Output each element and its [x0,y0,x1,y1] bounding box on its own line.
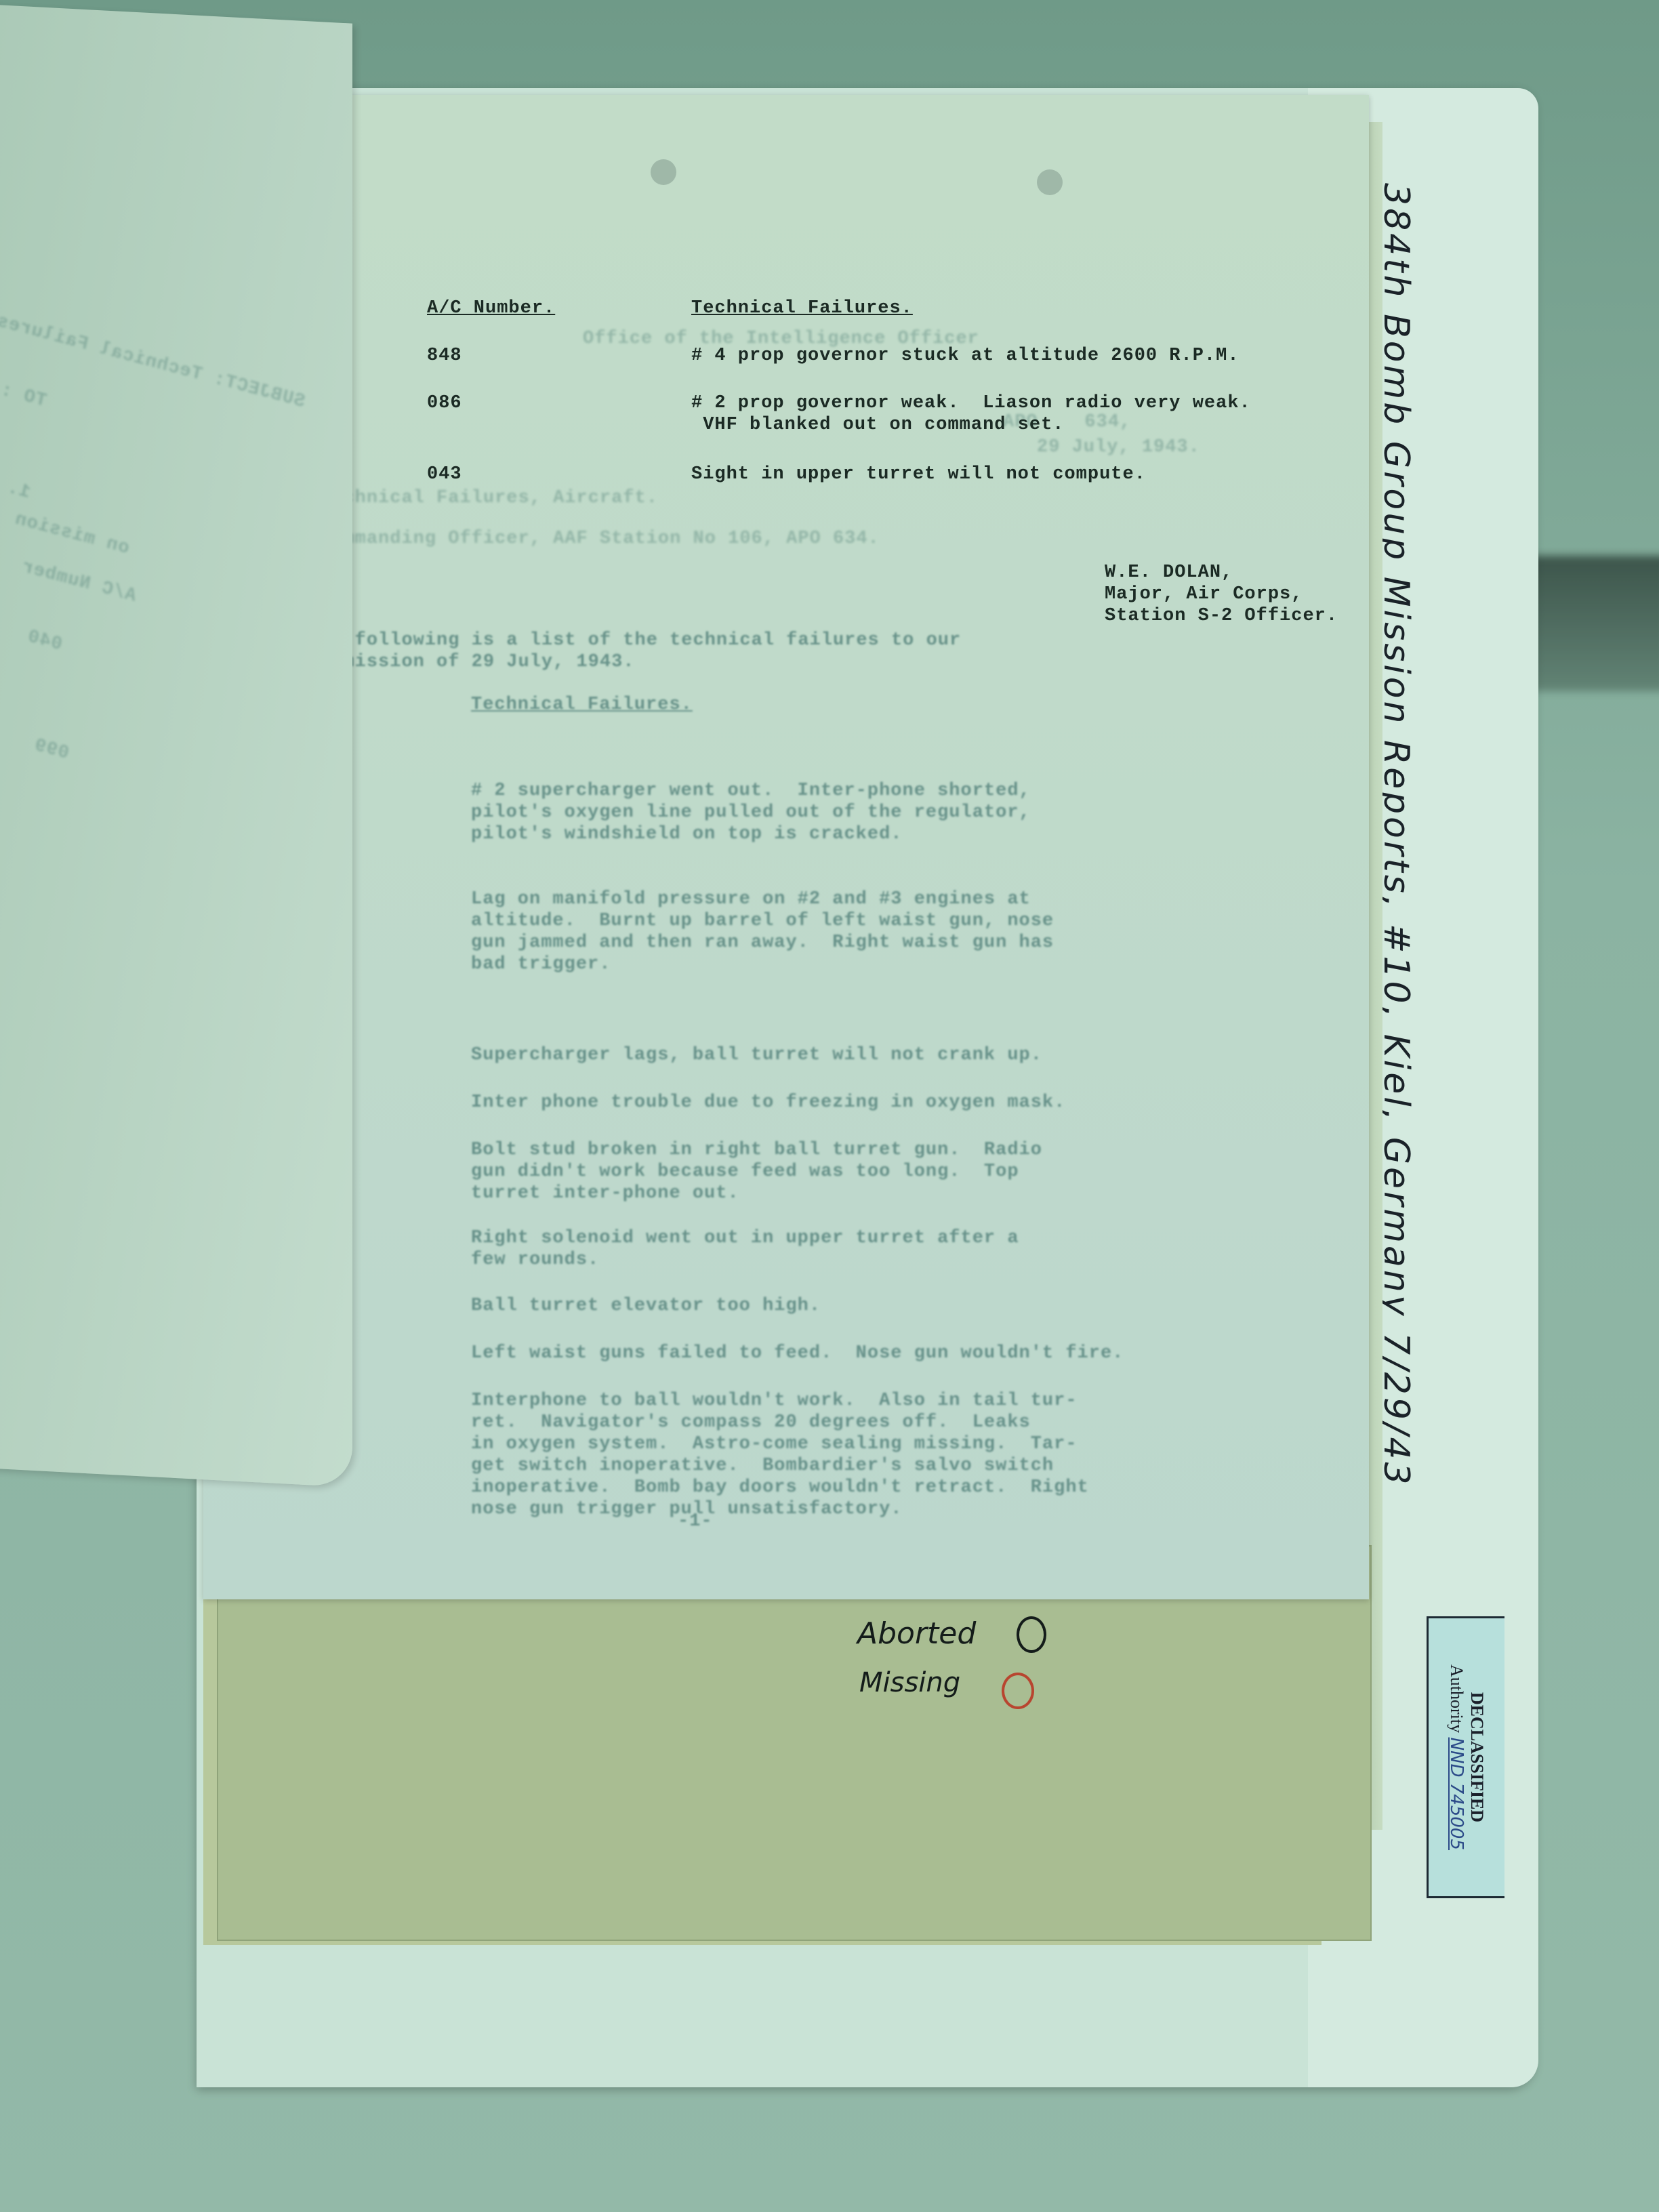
page-stack [217,1545,1372,1941]
failure-text: in oxygen system. Astro-come sealing mis… [471,1434,1078,1454]
aborted-count-circle [1017,1616,1046,1653]
failure-text: Right solenoid went out in upper turret … [471,1228,1019,1248]
failure-text: gun jammed and then ran away. Right wais… [471,933,1054,953]
failure-text: altitude. Burnt up barrel of left waist … [471,911,1054,931]
ghost-date: 29 July, 1943. [1037,437,1200,457]
failure-text: VHF blanked out on command set. [691,415,1064,435]
signature-name: W.E. DOLAN, [1105,562,1233,583]
authority-label: Authority [1447,1664,1467,1733]
stamp-authority: Authority NND 745005 [1446,1664,1467,1850]
previous-page-flipped: SUBJECT: Technical FailuresTO :1.on miss… [0,3,352,1487]
failure-text: Sight in upper turret will not compute. [691,464,1146,485]
failure-text: Ball turret elevator too high. [471,1296,821,1316]
failure-text: # 4 prop governor stuck at altitude 2600… [691,346,1240,366]
failure-text: gun didn't work because feed was too lon… [471,1162,1019,1182]
mirrored-text: on mission [13,509,131,559]
mirrored-text: 040 [25,627,64,655]
technical-failures-page: Office of the Intelligence Officer APO 6… [203,95,1369,1599]
ac-number: 043 [427,464,462,485]
failure-text: pilot's oxygen line pulled out of the re… [471,802,1031,823]
failure-text: Lag on manifold pressure on #2 and #3 en… [471,889,1031,909]
failure-text: bad trigger. [471,954,611,975]
technical-failures-header-lower: Technical Failures. [471,695,693,715]
punch-hole-left [651,159,676,185]
ac-number: 848 [427,346,462,366]
signature-rank: Major, Air Corps, [1105,584,1303,605]
aborted-label: Aborted [857,1616,976,1651]
mirrored-text: 099 [32,735,70,764]
failure-text: few rounds. [471,1250,599,1270]
ac-number: 086 [427,393,462,413]
failure-text: Interphone to ball wouldn't work. Also i… [471,1391,1078,1411]
failure-text: inoperative. Bomb bay doors wouldn't ret… [471,1477,1089,1498]
failure-text: # 2 supercharger went out. Inter-phone s… [471,781,1031,801]
failure-text: get switch inoperative. Bombardier's sal… [471,1456,1054,1476]
missing-label: Missing [859,1667,960,1698]
mirrored-text: 1. [5,478,32,504]
declassified-stamp: DECLASSIFIED Authority NND 745005 [1427,1616,1504,1898]
failure-text: turret inter-phone out. [471,1183,739,1204]
failure-text: ret. Navigator's compass 20 degrees off.… [471,1412,1031,1433]
mirrored-text: A/C Number [20,557,138,607]
technical-failures-header: Technical Failures. [691,298,913,319]
failure-text: Inter phone trouble due to freezing in o… [471,1092,1065,1113]
failure-text: pilot's windshield on top is cracked. [471,824,903,844]
mirrored-text: TO : [0,380,48,412]
failure-text: Left waist guns failed to feed. Nose gun… [471,1343,1124,1364]
authority-value: NND 745005 [1446,1738,1467,1850]
ac-number-header: A/C Number. [427,298,555,319]
page-number: -1- [678,1511,713,1532]
missing-count-circle [1002,1673,1034,1709]
signature-title: Station S-2 Officer. [1105,606,1338,626]
failure-text: Bolt stud broken in right ball turret gu… [471,1140,1042,1160]
failure-text: Supercharger lags, ball turret will not … [471,1045,1042,1065]
failure-text: # 2 prop governor weak. Liason radio ver… [691,393,1251,413]
punch-hole-right [1037,169,1063,195]
stamp-title: DECLASSIFIED [1467,1692,1487,1822]
